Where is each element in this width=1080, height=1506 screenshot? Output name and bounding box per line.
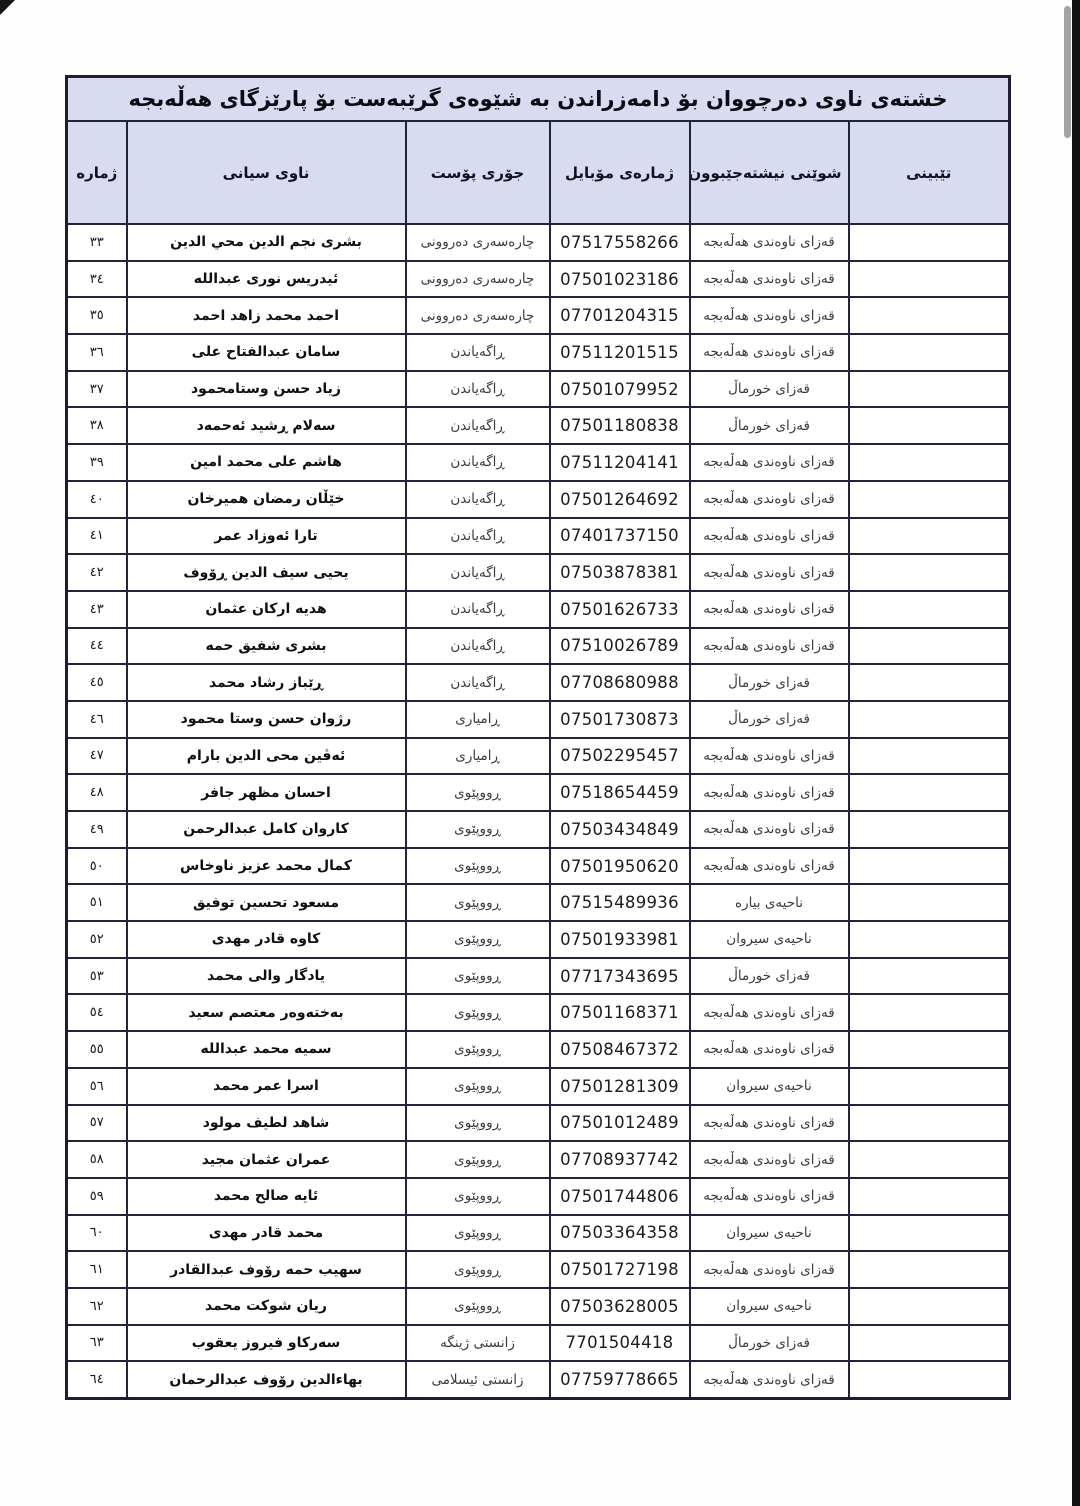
table-body: ٣٣بشرى نجم الدين محي الدينچارەسەری دەروو… xyxy=(67,224,1010,1399)
table-row: ٥٦اسرا عمر محمدڕووپێوی07501281309ناحيەی … xyxy=(67,1068,1010,1105)
table-row: ٤٧ئەڤين محى الدين بارامڕاميارى0750229545… xyxy=(67,738,1010,775)
cell-residence: ناحيەی سيروان xyxy=(690,1288,849,1325)
cell-number: ٥٢ xyxy=(67,921,127,958)
cell-mobile: 07503364358 xyxy=(550,1215,690,1252)
cell-mobile: 07501180838 xyxy=(550,407,690,444)
table-header-row: ژماره ناوی سيانی جۆری پۆست ژمارەی مۆبايل… xyxy=(67,121,1010,224)
table-row: ٤٩كاروان كامل عبدالرحمنڕووپێوی0750343484… xyxy=(67,811,1010,848)
cell-name: يادگار والى محمد xyxy=(127,958,406,995)
table-row: ٤٠خێڵان رمضان هميرخانڕاگەياندن0750126469… xyxy=(67,481,1010,518)
table-row: ٥٥سميه محمد عبداللهڕووپێوی07508467372قەز… xyxy=(67,1031,1010,1068)
cell-mobile: 07501744806 xyxy=(550,1178,690,1215)
table-row: ٥٨عمران عثمان مجيدڕووپێوی07708937742قەزا… xyxy=(67,1141,1010,1178)
cell-number: ٣٥ xyxy=(67,297,127,334)
cell-name: شاهد لطيف مولود xyxy=(127,1105,406,1142)
cell-notes xyxy=(849,664,1010,701)
cell-name: احمد محمد زاهد احمد xyxy=(127,297,406,334)
table-row: ٥٠كمال محمد عزيز ناوخاسڕووپێوی0750195062… xyxy=(67,848,1010,885)
cell-name: عمران عثمان مجيد xyxy=(127,1141,406,1178)
table-row: ٣٩هاشم على محمد امينڕاگەياندن07511204141… xyxy=(67,444,1010,481)
cell-post: ڕووپێوی xyxy=(406,1141,550,1178)
cell-mobile: 07501264692 xyxy=(550,481,690,518)
cell-number: ٥٠ xyxy=(67,848,127,885)
col-header-number: ژماره xyxy=(67,121,127,224)
cell-notes xyxy=(849,334,1010,371)
cell-mobile: 07701204315 xyxy=(550,297,690,334)
cell-post: ڕاگەياندن xyxy=(406,518,550,555)
cell-post: ڕاگەياندن xyxy=(406,334,550,371)
cell-number: ٥٤ xyxy=(67,994,127,1031)
cell-residence: قەزای ناوەندی هەڵەبجە xyxy=(690,1178,849,1215)
cell-post: چارەسەری دەروونی xyxy=(406,297,550,334)
table-row: ٦٢ريان شوكت محمدڕووپێوی07503628005ناحيەی… xyxy=(67,1288,1010,1325)
table-row: ٥٧شاهد لطيف مولودڕووپێوی07501012489قەزای… xyxy=(67,1105,1010,1142)
cell-number: ٤٤ xyxy=(67,628,127,665)
cell-post: زانستی ژينگه xyxy=(406,1325,550,1362)
cell-residence: قەزای ناوەندی هەڵەبجە xyxy=(690,1361,849,1398)
cell-number: ٣٩ xyxy=(67,444,127,481)
cell-name: خێڵان رمضان هميرخان xyxy=(127,481,406,518)
cell-name: ئەڤين محى الدين بارام xyxy=(127,738,406,775)
cell-post: ڕووپێوی xyxy=(406,1215,550,1252)
table-title-row: خشتەی ناوی دەرچووان بۆ دامەزراندن بە شێو… xyxy=(67,77,1010,122)
cell-post: ڕووپێوی xyxy=(406,994,550,1031)
cell-mobile: 07501079952 xyxy=(550,371,690,408)
cell-number: ٥٧ xyxy=(67,1105,127,1142)
cell-residence: قەزای ناوەندی هەڵەبجە xyxy=(690,738,849,775)
cell-number: ٤٦ xyxy=(67,701,127,738)
cell-number: ٦٣ xyxy=(67,1325,127,1362)
cell-number: ٦٢ xyxy=(67,1288,127,1325)
cell-notes xyxy=(849,1068,1010,1105)
cell-notes xyxy=(849,297,1010,334)
cell-notes xyxy=(849,1215,1010,1252)
cell-notes xyxy=(849,994,1010,1031)
cell-number: ٥٥ xyxy=(67,1031,127,1068)
cell-number: ٤٨ xyxy=(67,774,127,811)
table-row: ٦١سهيب حمه رۆوف عبدالقادرڕووپێوی07501727… xyxy=(67,1251,1010,1288)
col-header-name: ناوی سيانی xyxy=(127,121,406,224)
cell-residence: قەزای خورماڵ xyxy=(690,407,849,444)
cell-name: ئيدريس نورى عبدالله xyxy=(127,261,406,298)
cell-name: ڕێباز رشاد محمد xyxy=(127,664,406,701)
cell-post: ڕاگەياندن xyxy=(406,481,550,518)
cell-mobile: 7701504418 xyxy=(550,1325,690,1362)
cell-number: ٤٠ xyxy=(67,481,127,518)
cell-post: ڕاگەياندن xyxy=(406,407,550,444)
cell-name: سەلام ڕشيد ئەحمەد xyxy=(127,407,406,444)
cell-name: اسرا عمر محمد xyxy=(127,1068,406,1105)
cell-mobile: 07501730873 xyxy=(550,701,690,738)
table-row: ٣٥احمد محمد زاهد احمدچارەسەری دەروونی077… xyxy=(67,297,1010,334)
cell-name: زياد حسن وستامحمود xyxy=(127,371,406,408)
cell-residence: قەزای ناوەندی هەڵەبجە xyxy=(690,261,849,298)
cell-post: زانستی ئيسلامی xyxy=(406,1361,550,1398)
cell-notes xyxy=(849,701,1010,738)
cell-notes xyxy=(849,1361,1010,1398)
cell-post: ڕاميارى xyxy=(406,738,550,775)
cell-residence: قەزای ناوەندی هەڵەبجە xyxy=(690,848,849,885)
cell-notes xyxy=(849,518,1010,555)
cell-residence: قەزای ناوەندی هەڵەبجە xyxy=(690,628,849,665)
cell-notes xyxy=(849,261,1010,298)
col-header-mobile: ژمارەی مۆبايل xyxy=(550,121,690,224)
cell-post: ڕووپێوی xyxy=(406,1251,550,1288)
cell-name: هاشم على محمد امين xyxy=(127,444,406,481)
cell-mobile: 07501933981 xyxy=(550,921,690,958)
cell-notes xyxy=(849,1031,1010,1068)
cell-notes xyxy=(849,738,1010,775)
cell-name: بشرى شفيق حمه xyxy=(127,628,406,665)
cell-residence: قەزای ناوەندی هەڵەبجە xyxy=(690,554,849,591)
cell-residence: قەزای ناوەندی هەڵەبجە xyxy=(690,994,849,1031)
cell-name: يحيى سيف الدين ڕۆوف xyxy=(127,554,406,591)
cell-notes xyxy=(849,371,1010,408)
cell-notes xyxy=(849,811,1010,848)
table-row: ٦٠محمد قادر مهدىڕووپێوی07503364358ناحيەی… xyxy=(67,1215,1010,1252)
cell-post: ڕاگەياندن xyxy=(406,554,550,591)
cell-notes xyxy=(849,591,1010,628)
table-row: ٦٣سەركاو فيروز يعقوبزانستی ژينگه77015044… xyxy=(67,1325,1010,1362)
cell-number: ٦١ xyxy=(67,1251,127,1288)
cell-notes xyxy=(849,921,1010,958)
table-row: ٥٢كاوه قادر مهدىڕووپێوی07501933981ناحيەی… xyxy=(67,921,1010,958)
cell-residence: قەزای ناوەندی هەڵەبجە xyxy=(690,481,849,518)
table-row: ٦٤بهاءالدين رۆوف عبدالرحمانزانستی ئيسلام… xyxy=(67,1361,1010,1398)
cell-name: بشرى نجم الدين محي الدين xyxy=(127,224,406,261)
col-header-notes: تێبينی xyxy=(849,121,1010,224)
cell-number: ٤١ xyxy=(67,518,127,555)
cell-mobile: 07503434849 xyxy=(550,811,690,848)
cell-name: رژوان حسن وستا محمود xyxy=(127,701,406,738)
cell-residence: ناحيەی سيروان xyxy=(690,1215,849,1252)
document-photo: خشتەی ناوی دەرچووان بۆ دامەزراندن بە شێو… xyxy=(0,0,1080,1506)
cell-residence: قەزای خورماڵ xyxy=(690,664,849,701)
cell-name: كاوه قادر مهدى xyxy=(127,921,406,958)
cell-residence: قەزای ناوەندی هەڵەبجە xyxy=(690,1031,849,1068)
table-row: ٤٢يحيى سيف الدين ڕۆوفڕاگەياندن0750387838… xyxy=(67,554,1010,591)
table-row: ٣٧زياد حسن وستامحمودڕاگەياندن07501079952… xyxy=(67,371,1010,408)
cell-mobile: 07517558266 xyxy=(550,224,690,261)
cell-name: سهيب حمه رۆوف عبدالقادر xyxy=(127,1251,406,1288)
cell-mobile: 07510026789 xyxy=(550,628,690,665)
cell-residence: ناحيەی سيروان xyxy=(690,921,849,958)
cell-name: مسعود تحسين توفيق xyxy=(127,884,406,921)
cell-number: ٣٦ xyxy=(67,334,127,371)
cell-residence: قەزای ناوەندی هەڵەبجە xyxy=(690,444,849,481)
cell-notes xyxy=(849,1251,1010,1288)
cell-name: بەختەوەر معتصم سعيد xyxy=(127,994,406,1031)
table-row: ٤١تارا ئەوزاد عمرڕاگەياندن07401737150قەز… xyxy=(67,518,1010,555)
cell-residence: قەزای ناوەندی هەڵەبجە xyxy=(690,334,849,371)
cell-number: ٥٨ xyxy=(67,1141,127,1178)
cell-post: ڕووپێوی xyxy=(406,1031,550,1068)
cell-notes xyxy=(849,628,1010,665)
cell-notes xyxy=(849,444,1010,481)
cell-mobile: 07501727198 xyxy=(550,1251,690,1288)
cell-post: ڕووپێوی xyxy=(406,811,550,848)
cell-residence: قەزای ناوەندی هەڵەبجە xyxy=(690,591,849,628)
cell-number: ٤٩ xyxy=(67,811,127,848)
photo-edge xyxy=(1072,0,1080,1506)
cell-mobile: 07717343695 xyxy=(550,958,690,995)
cell-mobile: 07502295457 xyxy=(550,738,690,775)
cell-notes xyxy=(849,1141,1010,1178)
cell-notes xyxy=(849,848,1010,885)
cell-mobile: 07501023186 xyxy=(550,261,690,298)
scrollbar-thumb[interactable] xyxy=(1064,6,1071,138)
table-row: ٤٣هديه اركان عثمانڕاگەياندن07501626733قە… xyxy=(67,591,1010,628)
cell-name: سامان عبدالفتاح على xyxy=(127,334,406,371)
cell-residence: قەزای ناوەندی هەڵەبجە xyxy=(690,518,849,555)
table-row: ٥١مسعود تحسين توفيقڕووپێوی07515489936ناح… xyxy=(67,884,1010,921)
cell-notes xyxy=(849,958,1010,995)
cell-mobile: 07501626733 xyxy=(550,591,690,628)
table-row: ٤٨احسان مظهر جافرڕووپێوی07518654459قەزای… xyxy=(67,774,1010,811)
cell-name: تارا ئەوزاد عمر xyxy=(127,518,406,555)
table-row: ٤٥ڕێباز رشاد محمدڕاگەياندن07708680988قەز… xyxy=(67,664,1010,701)
cell-residence: ناحيەی سيروان xyxy=(690,1068,849,1105)
cell-mobile: 07503878381 xyxy=(550,554,690,591)
table-row: ٣٣بشرى نجم الدين محي الدينچارەسەری دەروو… xyxy=(67,224,1010,261)
cell-number: ٤٢ xyxy=(67,554,127,591)
cell-post: ڕووپێوی xyxy=(406,1178,550,1215)
table-title: خشتەی ناوی دەرچووان بۆ دامەزراندن بە شێو… xyxy=(67,77,1010,122)
cell-name: بهاءالدين رۆوف عبدالرحمان xyxy=(127,1361,406,1398)
cell-residence: قەزای خورماڵ xyxy=(690,701,849,738)
cell-number: ٦٤ xyxy=(67,1361,127,1398)
cell-notes xyxy=(849,884,1010,921)
cell-name: ريان شوكت محمد xyxy=(127,1288,406,1325)
cell-residence: ناحيەی بياره xyxy=(690,884,849,921)
cell-post: ڕاگەياندن xyxy=(406,444,550,481)
cell-post: ڕووپێوی xyxy=(406,921,550,958)
cell-name: هديه اركان عثمان xyxy=(127,591,406,628)
cell-residence: قەزای خورماڵ xyxy=(690,958,849,995)
cell-post: چارەسەری دەروونی xyxy=(406,261,550,298)
cell-number: ٥٦ xyxy=(67,1068,127,1105)
cell-notes xyxy=(849,554,1010,591)
cell-name: سميه محمد عبدالله xyxy=(127,1031,406,1068)
cell-number: ٣٨ xyxy=(67,407,127,444)
cell-name: احسان مظهر جافر xyxy=(127,774,406,811)
cell-name: محمد قادر مهدى xyxy=(127,1215,406,1252)
cell-residence: قەزای ناوەندی هەڵەبجە xyxy=(690,774,849,811)
cell-residence: قەزای ناوەندی هەڵەبجە xyxy=(690,1141,849,1178)
cell-number: ٣٣ xyxy=(67,224,127,261)
cell-number: ٤٥ xyxy=(67,664,127,701)
cell-notes xyxy=(849,1105,1010,1142)
cell-notes xyxy=(849,407,1010,444)
cell-mobile: 07501281309 xyxy=(550,1068,690,1105)
cell-post: ڕووپێوی xyxy=(406,958,550,995)
table-row: ٥٩ئايه صالح محمدڕووپێوی07501744806قەزای … xyxy=(67,1178,1010,1215)
cell-number: ٣٧ xyxy=(67,371,127,408)
table-row: ٤٤بشرى شفيق حمهڕاگەياندن07510026789قەزای… xyxy=(67,628,1010,665)
cell-post: ڕاگەياندن xyxy=(406,371,550,408)
cell-number: ٤٣ xyxy=(67,591,127,628)
cell-number: ٤٧ xyxy=(67,738,127,775)
cell-notes xyxy=(849,224,1010,261)
cell-post: ڕووپێوی xyxy=(406,1068,550,1105)
cell-post: ڕاگەياندن xyxy=(406,664,550,701)
photo-corner xyxy=(0,0,15,15)
cell-name: كاروان كامل عبدالرحمن xyxy=(127,811,406,848)
col-header-post: جۆری پۆست xyxy=(406,121,550,224)
cell-mobile: 07501012489 xyxy=(550,1105,690,1142)
cell-mobile: 07511204141 xyxy=(550,444,690,481)
cell-mobile: 07501168371 xyxy=(550,994,690,1031)
cell-post: ڕووپێوی xyxy=(406,884,550,921)
cell-notes xyxy=(849,481,1010,518)
graduates-table: خشتەی ناوی دەرچووان بۆ دامەزراندن بە شێو… xyxy=(65,75,1011,1400)
cell-residence: قەزای ناوەندی هەڵەبجە xyxy=(690,1251,849,1288)
cell-mobile: 07503628005 xyxy=(550,1288,690,1325)
cell-post: ڕووپێوی xyxy=(406,1105,550,1142)
cell-mobile: 07511201515 xyxy=(550,334,690,371)
table-row: ٤٦رژوان حسن وستا محمودڕاميارى07501730873… xyxy=(67,701,1010,738)
cell-mobile: 07401737150 xyxy=(550,518,690,555)
cell-mobile: 07515489936 xyxy=(550,884,690,921)
cell-residence: قەزای خورماڵ xyxy=(690,371,849,408)
table-row: ٣٦سامان عبدالفتاح علىڕاگەياندن0751120151… xyxy=(67,334,1010,371)
cell-mobile: 07759778665 xyxy=(550,1361,690,1398)
cell-number: ٥١ xyxy=(67,884,127,921)
table-row: ٣٤ئيدريس نورى عبداللهچارەسەری دەروونی075… xyxy=(67,261,1010,298)
table-row: ٥٣يادگار والى محمدڕووپێوی07717343695قەزا… xyxy=(67,958,1010,995)
cell-mobile: 07501950620 xyxy=(550,848,690,885)
cell-mobile: 07708937742 xyxy=(550,1141,690,1178)
cell-residence: قەزای ناوەندی هەڵەبجە xyxy=(690,224,849,261)
table-row: ٥٤بەختەوەر معتصم سعيدڕووپێوی07501168371ق… xyxy=(67,994,1010,1031)
table-row: ٣٨سەلام ڕشيد ئەحمەدڕاگەياندن07501180838ق… xyxy=(67,407,1010,444)
cell-post: ڕاگەياندن xyxy=(406,628,550,665)
cell-residence: قەزای ناوەندی هەڵەبجە xyxy=(690,297,849,334)
cell-number: ٥٣ xyxy=(67,958,127,995)
cell-number: ٦٠ xyxy=(67,1215,127,1252)
cell-name: كمال محمد عزيز ناوخاس xyxy=(127,848,406,885)
cell-post: ڕووپێوی xyxy=(406,774,550,811)
cell-post: ڕووپێوی xyxy=(406,1288,550,1325)
cell-mobile: 07518654459 xyxy=(550,774,690,811)
cell-number: ٥٩ xyxy=(67,1178,127,1215)
cell-notes xyxy=(849,1325,1010,1362)
cell-mobile: 07508467372 xyxy=(550,1031,690,1068)
cell-post: چارەسەری دەروونی xyxy=(406,224,550,261)
cell-post: ڕاگەياندن xyxy=(406,591,550,628)
cell-notes xyxy=(849,1178,1010,1215)
cell-name: سەركاو فيروز يعقوب xyxy=(127,1325,406,1362)
col-header-residence: شوێنی نيشتەجێبوون xyxy=(690,121,849,224)
cell-mobile: 07708680988 xyxy=(550,664,690,701)
cell-post: ڕووپێوی xyxy=(406,848,550,885)
cell-notes xyxy=(849,1288,1010,1325)
cell-post: ڕاميارى xyxy=(406,701,550,738)
cell-number: ٣٤ xyxy=(67,261,127,298)
cell-residence: قەزای ناوەندی هەڵەبجە xyxy=(690,811,849,848)
cell-residence: قەزای خورماڵ xyxy=(690,1325,849,1362)
cell-residence: قەزای ناوەندی هەڵەبجە xyxy=(690,1105,849,1142)
cell-name: ئايه صالح محمد xyxy=(127,1178,406,1215)
cell-notes xyxy=(849,774,1010,811)
